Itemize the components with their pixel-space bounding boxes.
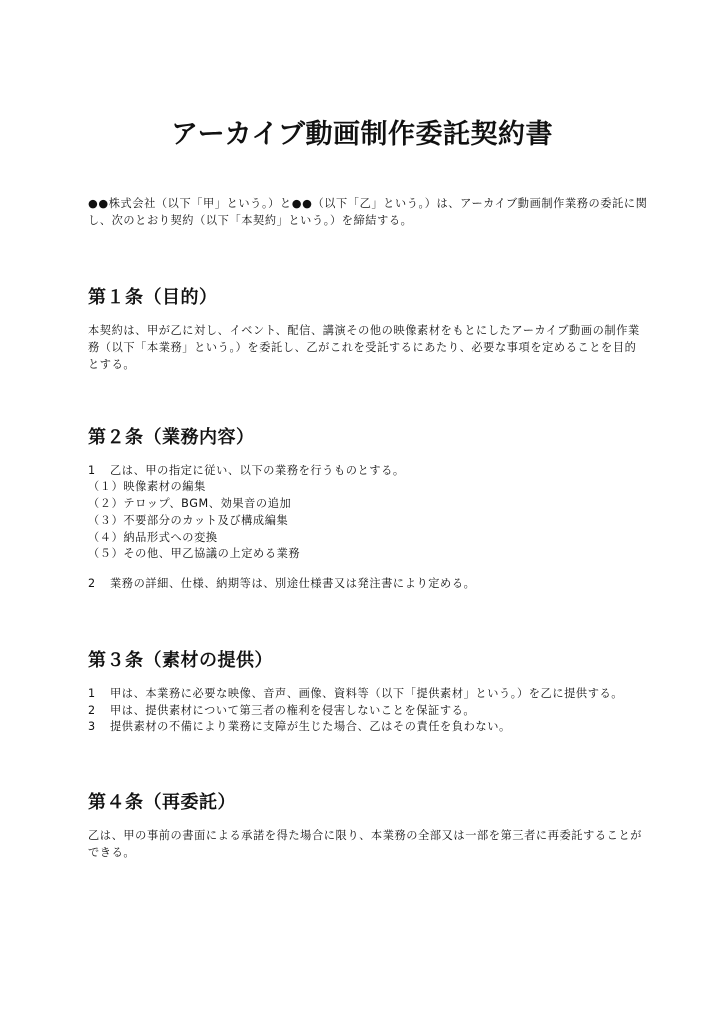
- article-3-heading: 第３条（素材の提供）: [88, 648, 273, 674]
- article-4-body: 乙は、甲の事前の書面による承諾を得た場合に限り、本業務の全部又は一部を第三者に再…: [88, 827, 648, 861]
- article-3-clause-3: 3提供素材の不備により業務に支障が生じた場合、乙はその責任を負わない。: [88, 719, 511, 735]
- article-2-item-4: （４）納品形式への変換: [88, 530, 218, 546]
- clause-text: 甲は、本業務に必要な映像、音声、画像、資料等（以下「提供素材」という。）を乙に提…: [110, 687, 623, 700]
- clause-number: 1: [88, 463, 110, 479]
- article-4-heading: 第４条（再委託）: [88, 790, 236, 816]
- clause-number: 2: [88, 703, 110, 719]
- article-3-clause-1: 1甲は、本業務に必要な映像、音声、画像、資料等（以下「提供素材」という。）を乙に…: [88, 686, 623, 702]
- article-1-body: 本契約は、甲が乙に対し、イベント、配信、講演その他の映像素材をもとにしたアーカイ…: [88, 322, 648, 373]
- clause-number: 3: [88, 719, 110, 735]
- clause-text: 乙は、甲の指定に従い、以下の業務を行うものとする。: [110, 464, 405, 477]
- article-1-heading: 第１条（目的）: [88, 285, 218, 311]
- clause-text: 業務の詳細、仕様、納期等は、別途仕様書又は発注書により定める。: [110, 577, 475, 590]
- article-2-item-5: （５）その他、甲乙協議の上定める業務: [88, 546, 300, 562]
- clause-text: 提供素材の不備により業務に支障が生じた場合、乙はその責任を負わない。: [110, 720, 511, 733]
- article-2-item-2: （２）テロップ、BGM、効果音の追加: [88, 496, 291, 512]
- clause-number: 1: [88, 686, 110, 702]
- article-2-item-3: （３）不要部分のカット及び構成編集: [88, 513, 288, 529]
- article-3-clause-2: 2甲は、提供素材について第三者の権利を侵害しないことを保証する。: [88, 703, 475, 719]
- article-2-heading: 第２条（業務内容）: [88, 425, 255, 451]
- article-2-clause-2: 2業務の詳細、仕様、納期等は、別途仕様書又は発注書により定める。: [88, 576, 475, 592]
- clause-number: 2: [88, 576, 110, 592]
- document-page: アーカイブ動画制作委託契約書 ●●株式会社（以下「甲」という。）と●●（以下「乙…: [0, 0, 724, 1024]
- article-2-item-1: （１）映像素材の編集: [88, 479, 206, 495]
- clause-text: 甲は、提供素材について第三者の権利を侵害しないことを保証する。: [110, 704, 475, 717]
- article-2-clause-1: 1乙は、甲の指定に従い、以下の業務を行うものとする。: [88, 463, 405, 479]
- document-title: アーカイブ動画制作委託契約書: [0, 117, 724, 153]
- preamble-paragraph: ●●株式会社（以下「甲」という。）と●●（以下「乙」という。）は、アーカイブ動画…: [88, 195, 648, 229]
